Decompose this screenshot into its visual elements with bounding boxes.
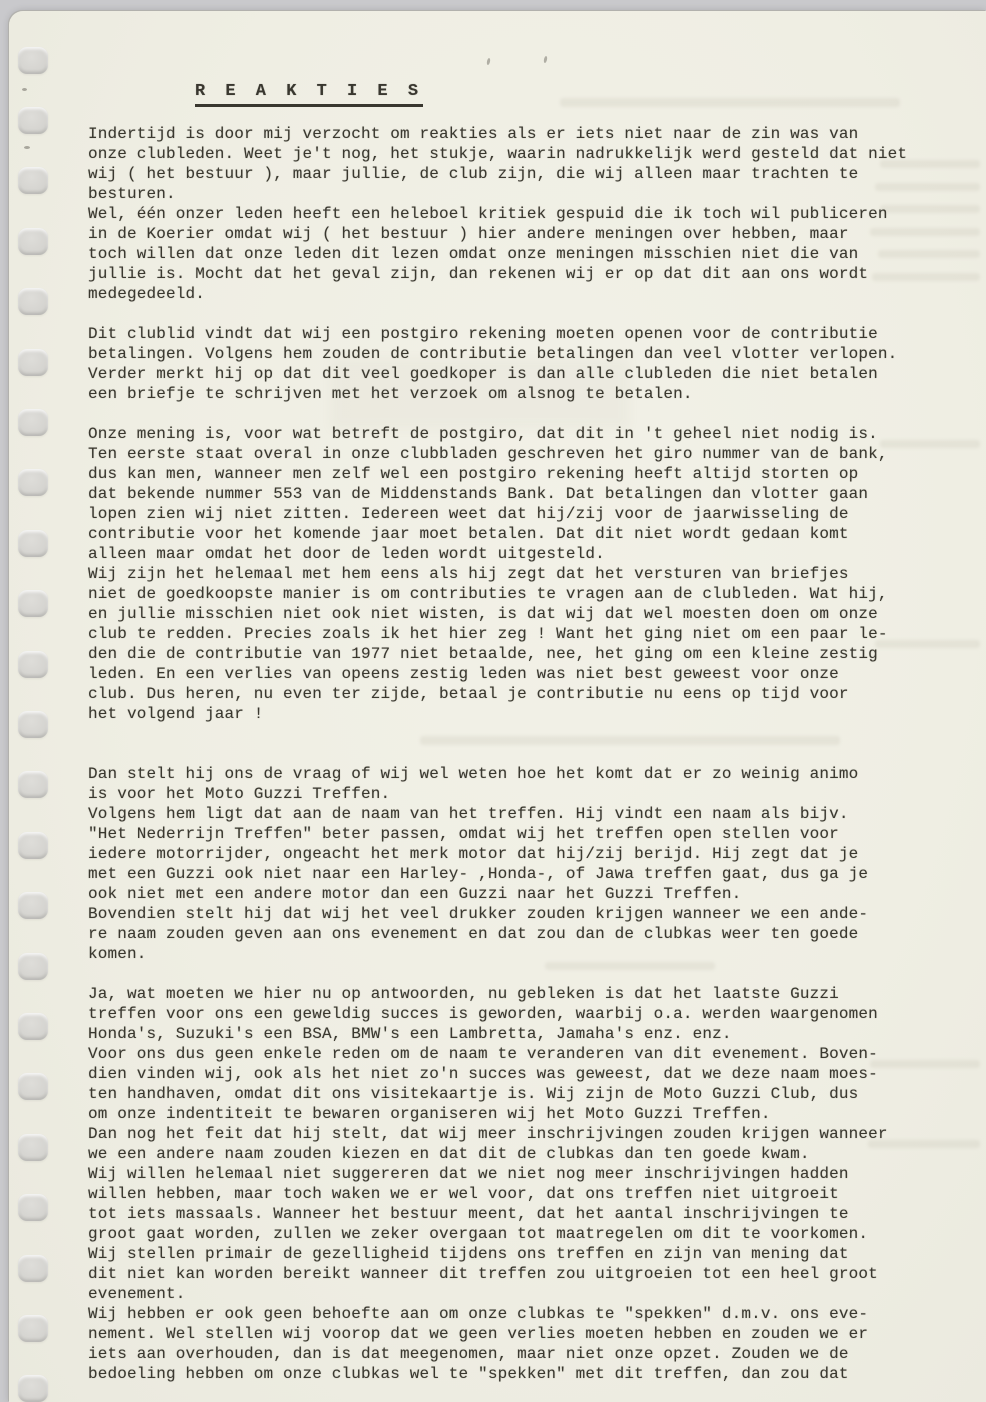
text-line: Ten eerste staat overal in onze clubblad…: [88, 444, 960, 464]
text-line: we een andere naam zouden kiezen en dat …: [88, 1144, 960, 1164]
punch-hole: [18, 651, 48, 678]
punch-hole: [18, 590, 48, 617]
text-line: Indertijd is door mij verzocht om reakti…: [88, 124, 960, 144]
punch-hole: [18, 47, 48, 74]
text-line: contributie voor het komende jaar moet b…: [88, 524, 960, 544]
text-line: nement. Wel stellen wij voorop dat we ge…: [88, 1324, 960, 1344]
text-line: Voor ons dus geen enkele reden om de naa…: [88, 1044, 960, 1064]
punch-hole: [18, 1013, 48, 1040]
punch-hole: [18, 771, 48, 798]
text-line: willen hebben, maar toch waken we er wel…: [88, 1184, 960, 1204]
text-line: Verder merkt hij op dat dit veel goedkop…: [88, 364, 960, 384]
text-line: betalingen. Volgens hem zouden de contri…: [88, 344, 960, 364]
text-line: komen.: [88, 944, 960, 964]
text-line: lopen zien wij niet zitten. Iedereen wee…: [88, 504, 960, 524]
text-line: ten handhaven, omdat dit ons visitekaart…: [88, 1084, 960, 1104]
text-line: "Het Nederrijn Treffen" beter passen, om…: [88, 824, 960, 844]
text-line: groot gaat worden, zullen we zeker overg…: [88, 1224, 960, 1244]
text-line: een briefje te schrijven met het verzoek…: [88, 384, 960, 404]
punch-hole: [18, 530, 48, 557]
punch-hole: [18, 892, 48, 919]
punch-hole: [18, 1073, 48, 1100]
punch-hole: [18, 711, 48, 738]
punch-hole: [18, 409, 48, 436]
text-line: Honda's, Suzuki's een BSA, BMW's een Lam…: [88, 1024, 960, 1044]
text-line: niet de goedkoopste manier is om contrib…: [88, 584, 960, 604]
text-line: Volgens hem ligt dat aan de naam van het…: [88, 804, 960, 824]
text-line: iets aan overhouden, dan is dat meegenom…: [88, 1344, 960, 1364]
text-line: Dit clublid vindt dat wij een postgiro r…: [88, 324, 960, 344]
text-line: besturen.: [88, 184, 960, 204]
text-line: jullie is. Mocht dat het geval zijn, dan…: [88, 264, 960, 284]
text-line: Wij hebben er ook geen behoefte aan om o…: [88, 1304, 960, 1324]
text-line: het volgend jaar !: [88, 704, 960, 724]
text-line: dus kan men, wanneer men zelf wel een po…: [88, 464, 960, 484]
text-line: Ja, wat moeten we hier nu op antwoorden,…: [88, 984, 960, 1004]
document-title: R E A K T I E S: [195, 82, 423, 107]
paper-speck: [22, 88, 27, 91]
text-line: dit niet kan worden bereikt wanneer dit …: [88, 1264, 960, 1284]
punch-hole: [18, 953, 48, 980]
text-line: met een Guzzi ook niet naar een Harley- …: [88, 864, 960, 884]
text-line: Bovendien stelt hij dat wij het veel dru…: [88, 904, 960, 924]
text-line: club te redden. Precies zoals ik het hie…: [88, 624, 960, 644]
punch-hole: [18, 288, 48, 315]
bleed-through-mark: [560, 98, 900, 107]
text-line: Wij stellen primair de gezelligheid tijd…: [88, 1244, 960, 1264]
text-line: ook niet met een andere motor dan een Gu…: [88, 884, 960, 904]
text-line: [88, 304, 960, 324]
text-line: bedoeling hebben om onze clubkas wel te …: [88, 1364, 960, 1384]
text-line: [88, 404, 960, 424]
punch-hole: [18, 1315, 48, 1342]
text-line: treffen voor ons een geweldig succes is …: [88, 1004, 960, 1024]
punch-hole: [18, 349, 48, 376]
text-line: om onze indentiteit te bewaren organiser…: [88, 1104, 960, 1124]
punch-hole: [18, 228, 48, 255]
text-line: onze clubleden. Weet je't nog, het stukj…: [88, 144, 960, 164]
text-line: medegedeeld.: [88, 284, 960, 304]
paper-speck: [24, 146, 30, 149]
text-line: in de Koerier omdat wij ( het bestuur ) …: [88, 224, 960, 244]
text-line: alleen maar omdat het door de leden word…: [88, 544, 960, 564]
text-line: leden. En een verlies van opeens zestig …: [88, 664, 960, 684]
punch-hole: [18, 469, 48, 496]
text-line: Dan nog het feit dat hij stelt, dat wij …: [88, 1124, 960, 1144]
punch-hole: [18, 832, 48, 859]
punch-hole: [18, 1194, 48, 1221]
punch-hole: [18, 1375, 48, 1402]
text-line: Wel, één onzer leden heeft een heleboel …: [88, 204, 960, 224]
text-line: [88, 964, 960, 984]
text-line: wij ( het bestuur ), maar jullie, de clu…: [88, 164, 960, 184]
text-line: club. Dus heren, nu even ter zijde, beta…: [88, 684, 960, 704]
text-line: dien vinden wij, ook als het niet zo'n s…: [88, 1064, 960, 1084]
text-line: Dan stelt hij ons de vraag of wij wel we…: [88, 764, 960, 784]
text-line: den die de contributie van 1977 niet bet…: [88, 644, 960, 664]
punch-hole: [18, 1134, 48, 1161]
punch-hole: [18, 107, 48, 134]
text-line: [88, 744, 960, 764]
text-line: is voor het Moto Guzzi Treffen.: [88, 784, 960, 804]
text-line: evenement.: [88, 1284, 960, 1304]
text-line: tot iets massaals. Wanneer het bestuur m…: [88, 1204, 960, 1224]
text-line: Wij willen helemaal niet suggereren dat …: [88, 1164, 960, 1184]
punch-hole: [18, 1255, 48, 1282]
text-line: dat bekende nummer 553 van de Middenstan…: [88, 484, 960, 504]
text-line: Onze mening is, voor wat betreft de post…: [88, 424, 960, 444]
text-line: re naam zouden geven aan ons evenement e…: [88, 924, 960, 944]
text-line: iedere motorrijder, ongeacht het merk mo…: [88, 844, 960, 864]
text-line: toch willen dat onze leden dit lezen omd…: [88, 244, 960, 264]
document-body: Indertijd is door mij verzocht om reakti…: [88, 124, 960, 1384]
text-line: [88, 724, 960, 744]
text-line: Wij zijn het helemaal met hem eens als h…: [88, 564, 960, 584]
text-line: en jullie misschien niet ook niet wisten…: [88, 604, 960, 624]
punch-hole: [18, 167, 48, 194]
